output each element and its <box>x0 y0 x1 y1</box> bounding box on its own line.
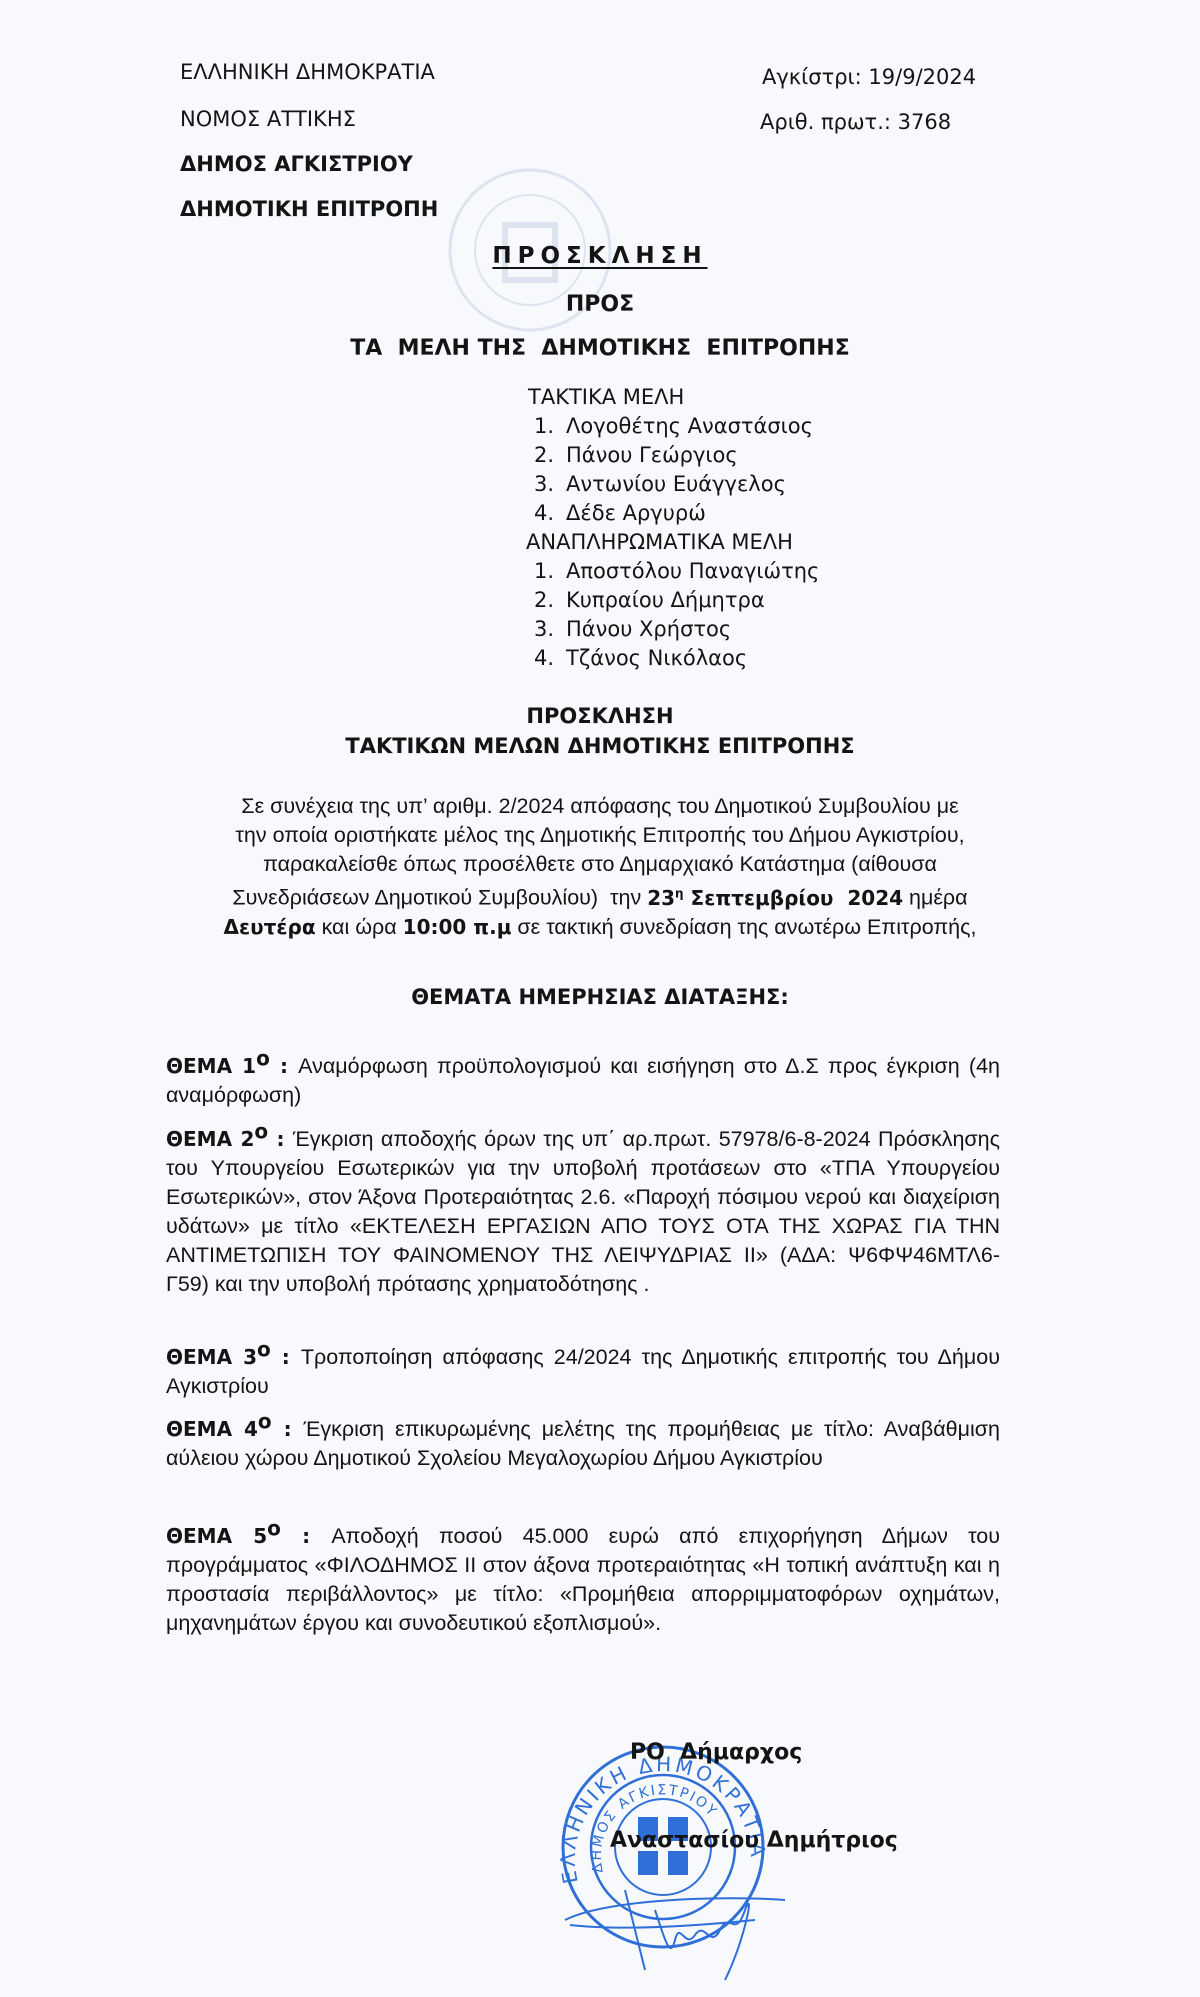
agenda-item-4: ΘΕΜΑ 4ο : Έγκριση επικυρωμένης μελέτης τ… <box>166 1407 1000 1473</box>
invitation-text: ημέρα <box>903 886 968 910</box>
place-date: Αγκίστρι: 19/9/2024 <box>762 65 976 89</box>
invitation-heading: ΠΡΟΣΚΛΗΣΗ <box>400 704 800 728</box>
member-item: 4.Τζάνος Νικόλαος <box>534 644 819 673</box>
member-name: Πάνου Χρήστος <box>566 617 731 641</box>
member-number: 1. <box>534 557 566 586</box>
meeting-weekday: Δευτέρα <box>224 915 316 939</box>
member-item: 1.Λογοθέτης Αναστάσιος <box>534 412 819 441</box>
invitation-line: παρακαλείσθε όπως προσέλθετε στο Δημαρχι… <box>160 850 1040 879</box>
agenda-item-label: ΘΕΜΑ 2 <box>166 1127 254 1151</box>
member-number: 2. <box>534 441 566 470</box>
member-item: 1.Αποστόλου Παναγιώτης <box>534 557 819 586</box>
agenda-heading: ΘΕΜΑΤΑ ΗΜΕΡΗΣΙΑΣ ΔΙΑΤΑΞΗΣ: <box>300 985 900 1009</box>
agenda-item-ordinal: ο <box>254 1119 268 1143</box>
agenda-item-ordinal: ο <box>258 1409 272 1433</box>
member-name: Αντωνίου Ευάγγελος <box>566 472 786 496</box>
member-number: 4. <box>534 499 566 528</box>
agenda-item-1: ΘΕΜΑ 1ο : Αναμόρφωση προϋπολογισμού και … <box>166 1044 1000 1110</box>
member-number: 2. <box>534 586 566 615</box>
meeting-day: 23 <box>647 886 675 910</box>
invitation-line: την οποία οριστήκατε μέλος της Δημοτικής… <box>160 821 1040 850</box>
member-item: 4.Δέδε Αργυρώ <box>534 499 819 528</box>
invitation-document: ΕΛΛΗΝΙΚΗ ΔΗΜΟΚΡΑΤΙΑ ΝΟΜΟΣ ΑΤΤΙΚΗΣ ΔΗΜΟΣ … <box>0 0 1200 1997</box>
header-municipality: ΔΗΜΟΣ ΑΓΚΙΣΤΡΙΟΥ <box>180 152 413 176</box>
meeting-day-suffix: η <box>675 886 684 900</box>
signatory-name: Αναστασίου Δημήτριος <box>610 1828 898 1853</box>
meeting-month-year: Σεπτεμβρίου 2024 <box>684 886 903 910</box>
member-name: Κυπραίου Δήμητρα <box>566 588 765 612</box>
title-recipients: ΤΑ ΜΕΛΗ ΤΗΣ ΔΗΜΟΤΙΚΗΣ ΕΠΙΤΡΟΠΗΣ <box>300 336 900 361</box>
invitation-text: και ώρα <box>316 915 403 939</box>
header-committee: ΔΗΜΟΤΙΚΗ ΕΠΙΤΡΟΠΗ <box>180 197 438 221</box>
member-item: 2.Πάνου Γεώργιος <box>534 441 819 470</box>
agenda-item-label: ΘΕΜΑ 3 <box>166 1345 257 1369</box>
alternate-members-heading: ΑΝΑΠΛΗΡΩΜΑΤΙΚΑ ΜΕΛΗ <box>526 528 819 557</box>
invitation-line: Σε συνέχεια της υπ’ αριθμ. 2/2024 απόφασ… <box>160 792 1040 821</box>
member-number: 3. <box>534 470 566 499</box>
agenda-item-label: ΘΕΜΑ 5 <box>166 1524 267 1548</box>
alternate-members: 1.Αποστόλου Παναγιώτης2.Κυπραίου Δήμητρα… <box>528 557 819 673</box>
invitation-paragraph: Σε συνέχεια της υπ’ αριθμ. 2/2024 απόφασ… <box>160 792 1040 942</box>
invitation-line: Δευτέρα και ώρα 10:00 π.μ σε τακτική συν… <box>160 913 1040 942</box>
regular-members: 1.Λογοθέτης Αναστάσιος2.Πάνου Γεώργιος3.… <box>528 412 819 528</box>
meeting-time: 10:00 π.μ <box>403 915 512 939</box>
meeting-date: 23η Σεπτεμβρίου 2024 <box>647 886 903 910</box>
agenda-item-2: ΘΕΜΑ 2ο : Έγκριση αποδοχής όρων της υπ΄ … <box>166 1117 1000 1299</box>
member-number: 1. <box>534 412 566 441</box>
document-title: ΠΡΟΣΚΛΗΣΗ <box>400 243 800 269</box>
header-prefecture: ΝΟΜΟΣ ΑΤΤΙΚΗΣ <box>180 107 356 131</box>
title-to: ΠΡΟΣ <box>450 292 750 317</box>
member-name: Τζάνος Νικόλαος <box>566 646 747 670</box>
invitation-subheading: ΤΑΚΤΙΚΩΝ ΜΕΛΩΝ ΔΗΜΟΤΙΚΗΣ ΕΠΙΤΡΟΠΗΣ <box>300 734 900 758</box>
regular-members-heading: ΤΑΚΤΙΚΑ ΜΕΛΗ <box>528 383 819 412</box>
member-name: Αποστόλου Παναγιώτης <box>566 559 819 583</box>
handwritten-signature-icon <box>555 1880 795 1990</box>
invitation-text: σε τακτική συνεδρίαση της ανωτέρω Επιτρο… <box>511 915 976 939</box>
invitation-text: Συνεδριάσεων Δημοτικού Συμβουλίου) την <box>232 886 647 910</box>
agenda-item-ordinal: ο <box>256 1046 270 1070</box>
agenda-item-label: ΘΕΜΑ 1 <box>166 1054 256 1078</box>
agenda-item-ordinal: ο <box>267 1516 281 1540</box>
member-item: 3.Πάνου Χρήστος <box>534 615 819 644</box>
member-name: Δέδε Αργυρώ <box>566 501 706 525</box>
member-item: 2.Κυπραίου Δήμητρα <box>534 586 819 615</box>
agenda-item-5: ΘΕΜΑ 5ο : Αποδοχή ποσού 45.000 ευρώ από … <box>166 1514 1000 1638</box>
protocol-number: Αριθ. πρωτ.: 3768 <box>760 110 951 134</box>
invitation-line: Συνεδριάσεων Δημοτικού Συμβουλίου) την 2… <box>160 879 1040 913</box>
signatory-role: ΡΟ Δήμαρχος <box>630 1740 802 1765</box>
member-item: 3.Αντωνίου Ευάγγελος <box>534 470 819 499</box>
member-number: 3. <box>534 615 566 644</box>
members-list: ΤΑΚΤΙΚΑ ΜΕΛΗ 1.Λογοθέτης Αναστάσιος2.Πάν… <box>528 383 819 673</box>
agenda-item-text: Έγκριση αποδοχής όρων της υπ΄ αρ.πρωτ. 5… <box>166 1127 1000 1296</box>
agenda-item-3: ΘΕΜΑ 3ο : Τροποποίηση απόφασης 24/2024 τ… <box>166 1335 1000 1401</box>
member-name: Πάνου Γεώργιος <box>566 443 738 467</box>
member-number: 4. <box>534 644 566 673</box>
header-country: ΕΛΛΗΝΙΚΗ ΔΗΜΟΚΡΑΤΙΑ <box>180 60 435 84</box>
agenda-item-ordinal: ο <box>257 1337 271 1361</box>
member-name: Λογοθέτης Αναστάσιος <box>566 414 813 438</box>
agenda-item-label: ΘΕΜΑ 4 <box>166 1417 258 1441</box>
